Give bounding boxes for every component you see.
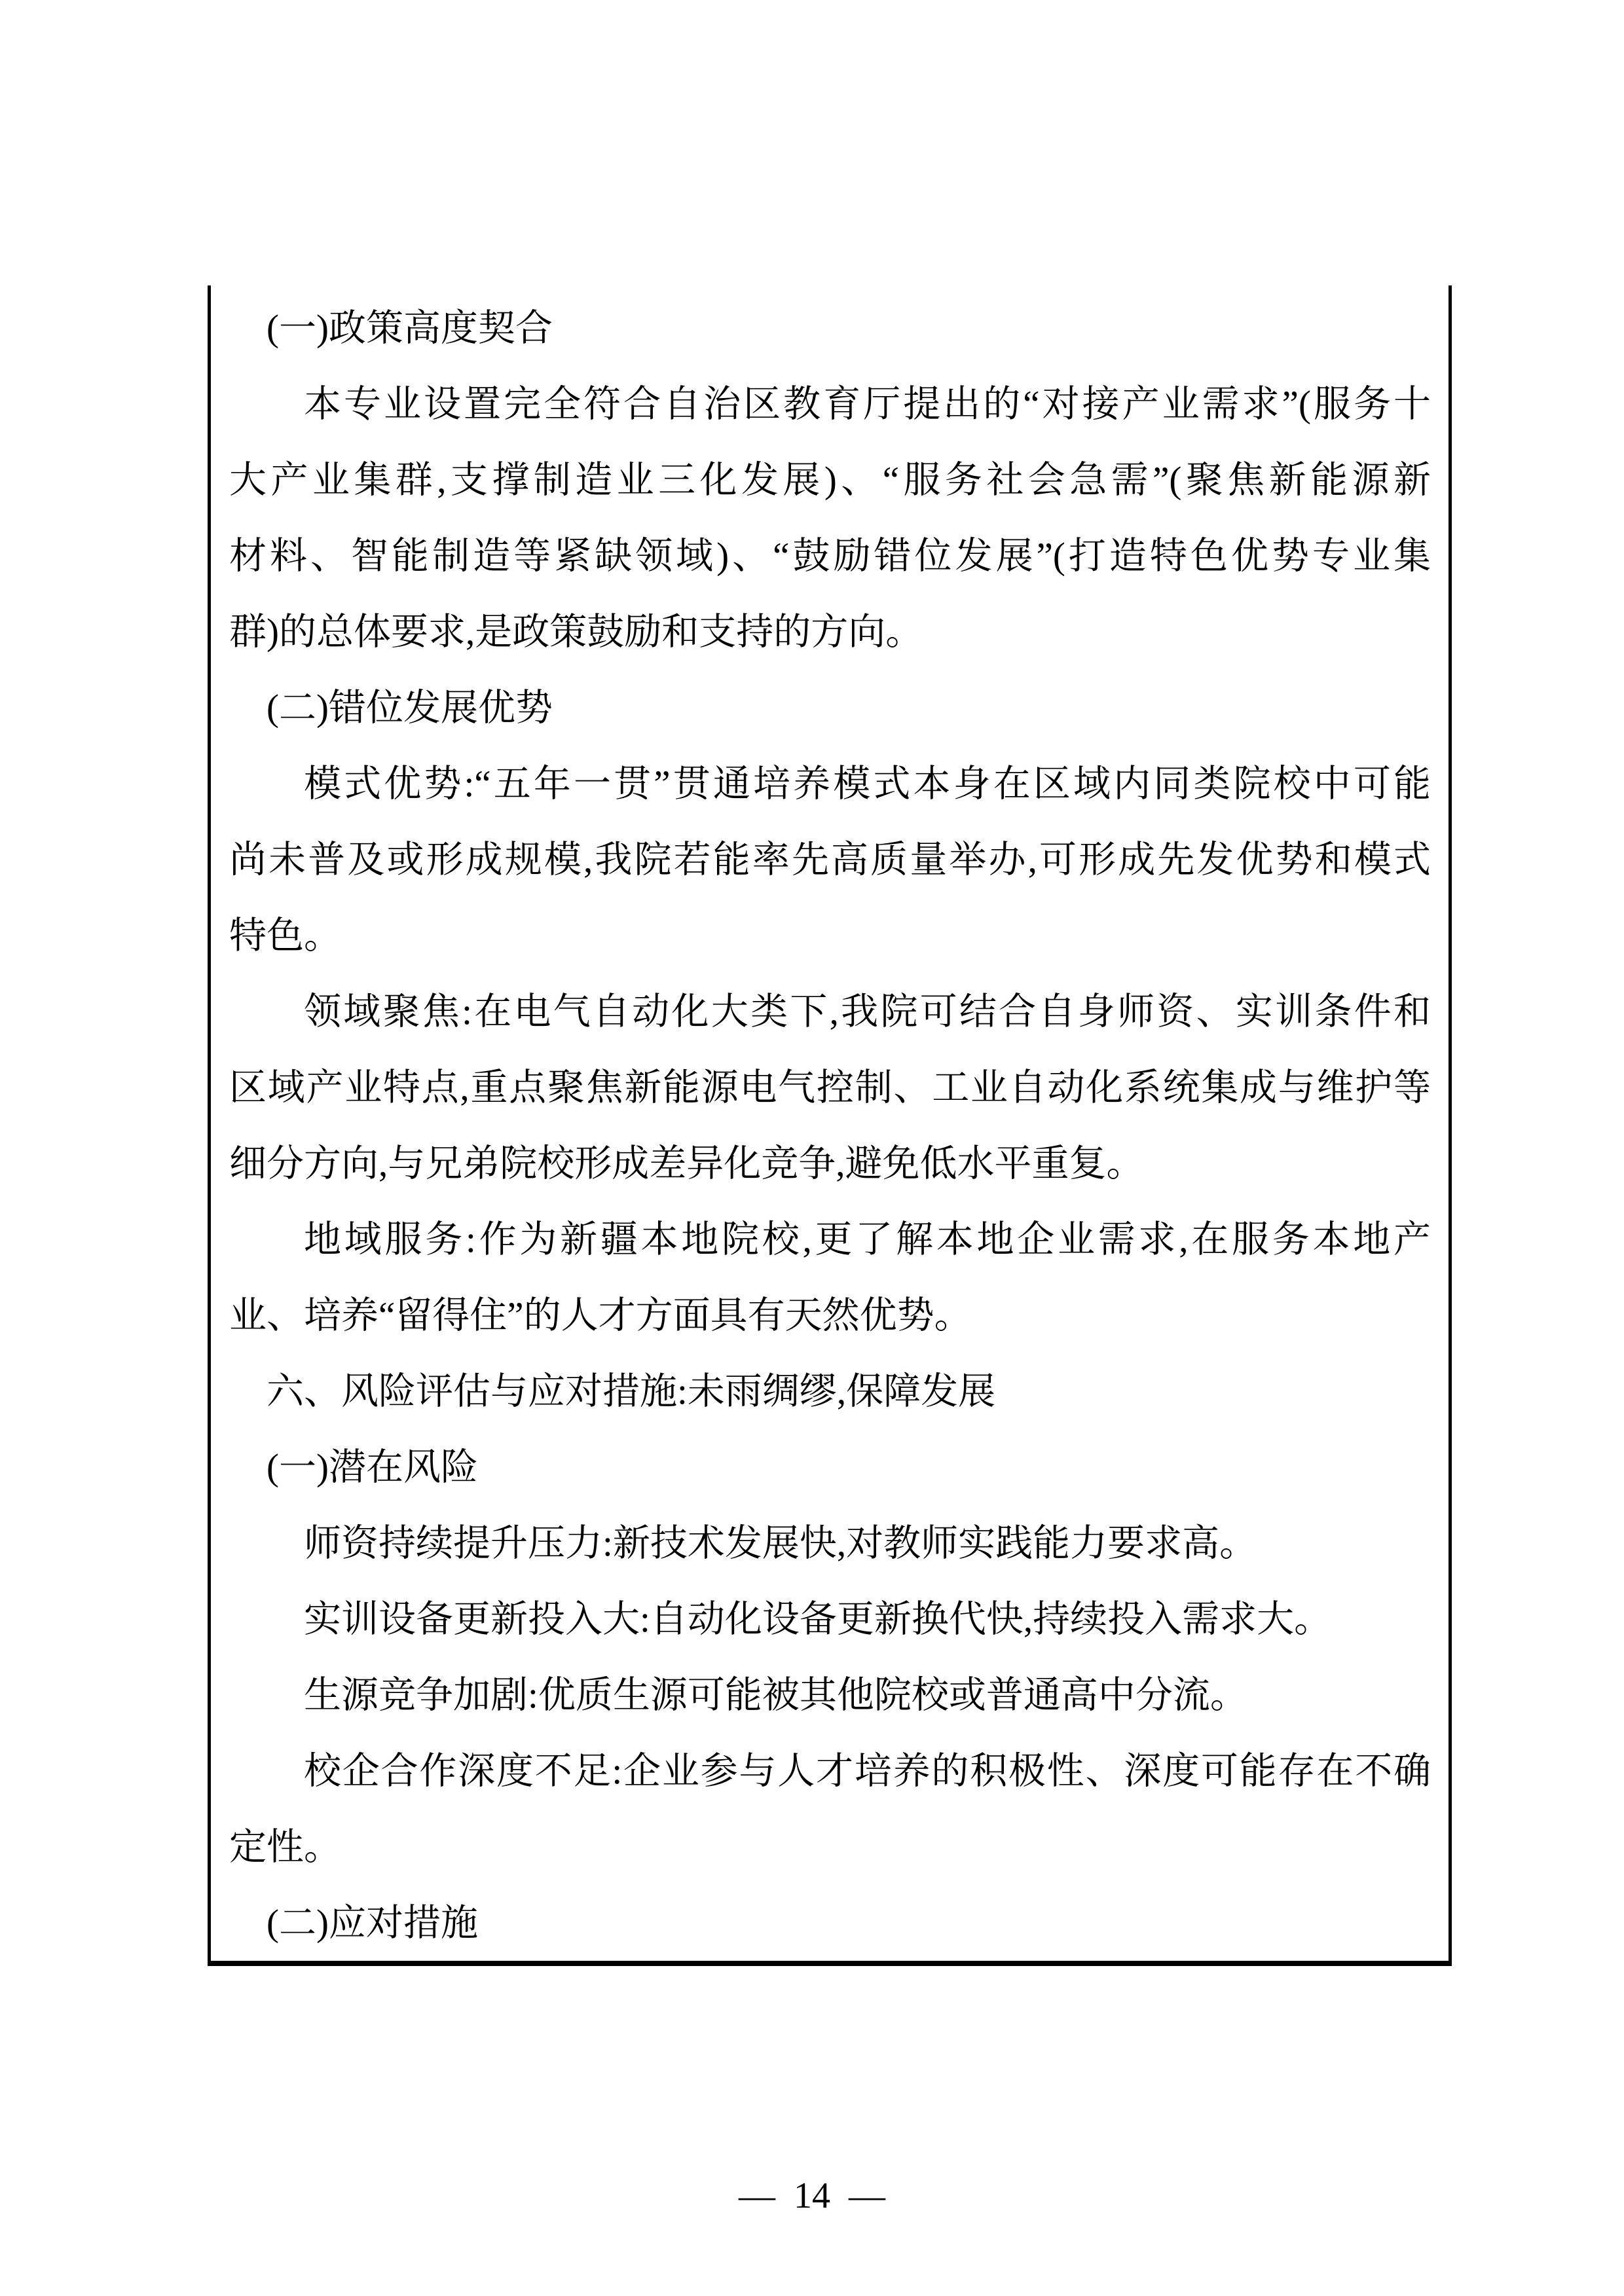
- text-line: 特色。: [229, 898, 1431, 974]
- text-line: 定性。: [229, 1810, 1431, 1886]
- text-line: 业、培养“留得住”的人才方面具有天然优势。: [229, 1278, 1431, 1354]
- document-page: (一)政策高度契合本专业设置完全符合自治区教育厅提出的“对接产业需求”(服务十大…: [0, 0, 1624, 2296]
- text-line: 本专业设置完全符合自治区教育厅提出的“对接产业需求”(服务十: [229, 367, 1431, 443]
- text-line: 六、风险评估与应对措施:未雨绸缪,保障发展: [229, 1354, 1431, 1430]
- text-line: 区域产业特点,重点聚焦新能源电气控制、工业自动化系统集成与维护等: [229, 1050, 1431, 1126]
- page-number: — 14 —: [0, 2172, 1624, 2219]
- text-line: 群)的总体要求,是政策鼓励和支持的方向。: [229, 594, 1431, 670]
- text-line: (二)错位发展优势: [229, 670, 1431, 746]
- table-cell-border: (一)政策高度契合本专业设置完全符合自治区教育厅提出的“对接产业需求”(服务十大…: [208, 285, 1452, 1966]
- text-line: (一)潜在风险: [229, 1430, 1431, 1506]
- text-line: 大产业集群,支撑制造业三化发展)、“服务社会急需”(聚焦新能源新: [229, 443, 1431, 519]
- text-line: 领域聚焦:在电气自动化大类下,我院可结合自身师资、实训条件和: [229, 974, 1431, 1050]
- document-text: (一)政策高度契合本专业设置完全符合自治区教育厅提出的“对接产业需求”(服务十大…: [229, 291, 1431, 1961]
- text-line: 细分方向,与兄弟院校形成差异化竞争,避免低水平重复。: [229, 1126, 1431, 1202]
- text-line: (一)政策高度契合: [229, 291, 1431, 367]
- text-line: 尚未普及或形成规模,我院若能率先高质量举办,可形成先发优势和模式: [229, 822, 1431, 898]
- text-line: (二)应对措施: [229, 1886, 1431, 1961]
- text-line: 校企合作深度不足:企业参与人才培养的积极性、深度可能存在不确: [229, 1734, 1431, 1810]
- text-line: 材料、智能制造等紧缺领域)、“鼓励错位发展”(打造特色优势专业集: [229, 519, 1431, 594]
- text-line: 师资持续提升压力:新技术发展快,对教师实践能力要求高。: [229, 1506, 1431, 1582]
- text-line: 生源竞争加剧:优质生源可能被其他院校或普通高中分流。: [229, 1658, 1431, 1734]
- text-line: 模式优势:“五年一贯”贯通培养模式本身在区域内同类院校中可能: [229, 746, 1431, 822]
- text-line: 实训设备更新投入大:自动化设备更新换代快,持续投入需求大。: [229, 1582, 1431, 1658]
- text-line: 地域服务:作为新疆本地院校,更了解本地企业需求,在服务本地产: [229, 1202, 1431, 1278]
